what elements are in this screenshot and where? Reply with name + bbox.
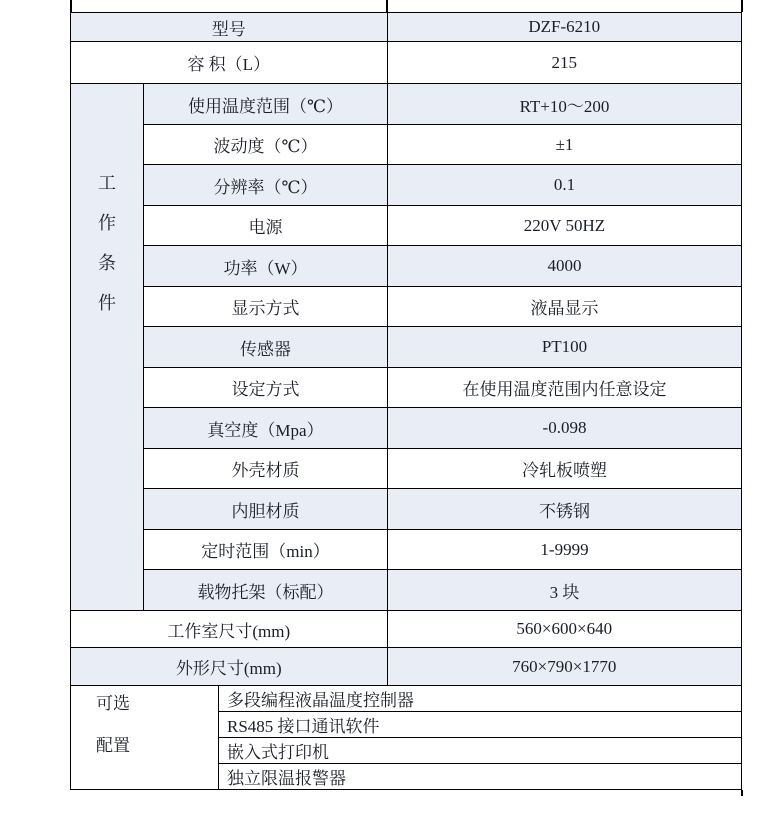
table-row-chamber-size: 工作室尺寸(mm) 560×600×640 [71,611,742,649]
working-conditions-group-label: 工 作 条 件 [71,84,144,611]
optional-config-group-label: 可选 配置 [71,686,219,790]
row-value: 在使用温度范围内任意设定 [388,368,742,409]
table-row-model: 型号 DZF-6210 [71,13,742,42]
working-conditions-rows: 使用温度范围（℃） RT+10～200 波动度（℃） ±1 分辨率（℃） 0.1… [144,84,742,611]
row-label: 定时范围（min） [144,530,388,571]
table-row: 波动度（℃） ±1 [144,125,742,166]
optional-item: 多段编程液晶温度控制器 [219,686,742,712]
row-label: 波动度（℃） [144,125,388,166]
group-line: 配置 [96,735,130,757]
table-row: 载物托架（标配） 3 块 [144,570,742,611]
row-value: ±1 [388,125,742,166]
row-label: 设定方式 [144,368,388,409]
row-label: 分辨率（℃） [144,165,388,206]
row-label: 外形尺寸(mm) [71,648,388,686]
row-value: 215 [388,42,742,84]
row-value: 1-9999 [388,530,742,571]
table-row: 分辨率（℃） 0.1 [144,165,742,206]
row-value: 760×790×1770 [388,648,742,686]
table-row: 传感器 PT100 [144,327,742,368]
row-label: 容 积（L） [71,42,388,84]
row-value: PT100 [388,327,742,368]
row-value: DZF-6210 [388,13,742,42]
optional-config-section: 可选 配置 多段编程液晶温度控制器 RS485 接口通讯软件 嵌入式打印机 独立… [71,686,742,790]
clipped-border-stub-bottom-right [741,790,743,796]
row-value: 560×600×640 [388,611,742,649]
row-label: 真空度（Mpa） [144,408,388,449]
row-label: 内胆材质 [144,489,388,530]
table-row: 真空度（Mpa） -0.098 [144,408,742,449]
table-row: 显示方式 液晶显示 [144,287,742,328]
table-row: 电源 220V 50HZ [144,206,742,247]
optional-item: RS485 接口通讯软件 [219,712,742,738]
row-value: RT+10～200 [388,84,742,125]
table-row: 使用温度范围（℃） RT+10～200 [144,84,742,125]
row-label: 传感器 [144,327,388,368]
group-line: 可选 [96,693,130,715]
row-label: 外壳材质 [144,449,388,490]
table-row: 功率（W） 4000 [144,246,742,287]
clipped-border-stub-middle [386,0,388,12]
row-label: 工作室尺寸(mm) [71,611,388,649]
row-label: 显示方式 [144,287,388,328]
row-value: 0.1 [388,165,742,206]
row-value: -0.098 [388,408,742,449]
row-label: 功率（W） [144,246,388,287]
optional-item: 独立限温报警器 [219,764,742,790]
clipped-border-stub-left [70,0,72,12]
group-char: 工 [98,163,116,203]
row-label: 电源 [144,206,388,247]
working-conditions-section: 工 作 条 件 使用温度范围（℃） RT+10～200 波动度（℃） ±1 分辨… [71,84,742,611]
row-value: 3 块 [388,570,742,611]
table-row-overall-size: 外形尺寸(mm) 760×790×1770 [71,648,742,686]
table-row: 外壳材质 冷轧板喷塑 [144,449,742,490]
group-char: 件 [98,283,116,323]
page-background: 型号 DZF-6210 容 积（L） 215 工 作 条 件 使用温度范围（℃）… [0,0,772,813]
row-label: 使用温度范围（℃） [144,84,388,125]
row-value: 液晶显示 [388,287,742,328]
row-value: 不锈钢 [388,489,742,530]
table-row: 定时范围（min） 1-9999 [144,530,742,571]
table-row: 内胆材质 不锈钢 [144,489,742,530]
specification-table: 型号 DZF-6210 容 积（L） 215 工 作 条 件 使用温度范围（℃）… [70,12,742,790]
row-value: 220V 50HZ [388,206,742,247]
group-char: 作 [98,203,116,243]
optional-item: 嵌入式打印机 [219,738,742,764]
clipped-border-stub-right [741,0,743,12]
optional-config-rows: 多段编程液晶温度控制器 RS485 接口通讯软件 嵌入式打印机 独立限温报警器 [219,686,742,790]
row-value: 冷轧板喷塑 [388,449,742,490]
table-row: 设定方式 在使用温度范围内任意设定 [144,368,742,409]
row-label: 载物托架（标配） [144,570,388,611]
table-row-volume: 容 积（L） 215 [71,42,742,84]
row-label: 型号 [71,13,388,42]
group-char: 条 [98,243,116,283]
row-value: 4000 [388,246,742,287]
